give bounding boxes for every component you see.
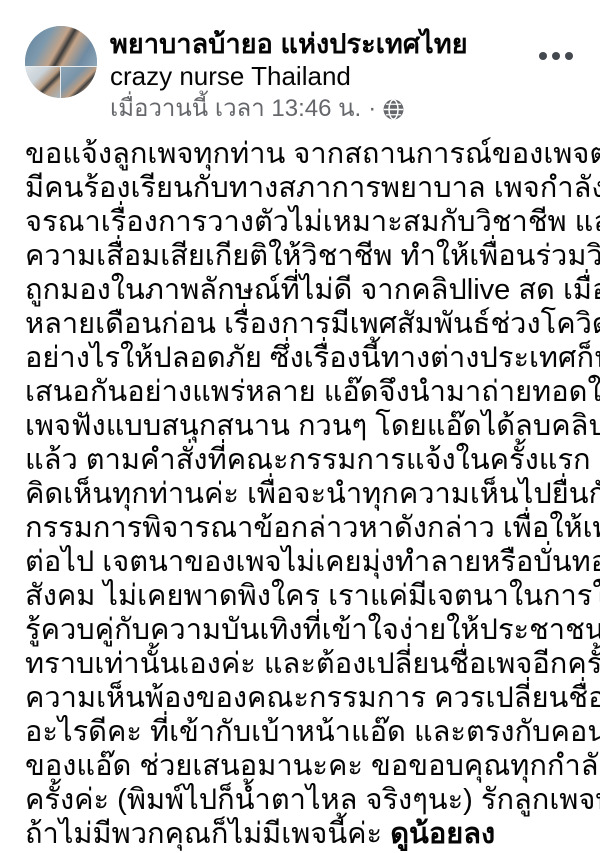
- meta-separator: ·: [368, 94, 376, 124]
- post-menu-button[interactable]: [537, 46, 575, 66]
- post-text-line: ถ้าไม่มีพวกคุณก็ไม่มีเพจนี้ค่ะ ดูน้อยลง: [25, 817, 580, 851]
- post-text-line: แล้ว ตามคำสั่งที่คณะกรรมการแจ้งในครั้งแร…: [25, 443, 580, 477]
- ellipsis-dot: [565, 52, 573, 60]
- post-header: พยาบาลบ้ายอ แห่งประเทศไทย crazy nurse Th…: [0, 0, 600, 124]
- post-text-line: จรณาเรื่องการวางตัวไม่เหมาะสมกับวิชาชีพ …: [25, 205, 580, 239]
- header-text-block: พยาบาลบ้ายอ แห่งประเทศไทย crazy nurse Th…: [110, 26, 468, 124]
- post-text-line: ความเสื่อมเสียเกียติให้วิชาชีพ ทำให้เพื่…: [25, 239, 580, 273]
- post-text-line: หลายเดือนก่อน เรื่องการมีเพศสัมพันธ์ช่วง…: [25, 307, 580, 341]
- post-text-line: ถูกมองในภาพลักษณ์ที่ไม่ดี จากคลิปlive สด…: [25, 273, 580, 307]
- globe-icon: [383, 99, 404, 120]
- post-text-line: ทราบเท่านั้นเองค่ะ และต้องเปลี่ยนชื่อเพจ…: [25, 647, 580, 681]
- post-text-line: คิดเห็นทุกท่านค่ะ เพื่อจะนำทุกความเห็นไป…: [25, 477, 580, 511]
- post-text-line: อะไรดีคะ ที่เข้ากับเบ้าหน้าแอ๊ด และตรงกั…: [25, 715, 580, 749]
- avatar-photo-bottom-right: [61, 66, 97, 98]
- page-subtitle[interactable]: crazy nurse Thailand: [110, 61, 468, 91]
- ellipsis-dot: [539, 52, 547, 60]
- post-text-line: รู้ควบคู่กับความบันเทิงที่เข้าใจง่ายให้ป…: [25, 613, 580, 647]
- post-text-line: เพจฟังแบบสนุกสนาน กวนๆ โดยแอ๊ดได้ลบคลิปน…: [25, 409, 580, 443]
- post-meta-row: เมื่อวานนี้ เวลา 13:46 น. ·: [110, 94, 468, 124]
- post-text-line: ต่อไป เจตนาของเพจไม่เคยมุ่งทำลายหรือบั่น…: [25, 545, 580, 579]
- post-text-line: ขอแจ้งลูกเพจทุกท่าน จากสถานการณ์ของเพจตอ…: [25, 137, 580, 171]
- post-text-line: มีคนร้องเรียนกับทางสภาการพยาบาล เพจกำลัง…: [25, 171, 580, 205]
- facebook-post: พยาบาลบ้ายอ แห่งประเทศไทย crazy nurse Th…: [0, 0, 600, 853]
- avatar-photo-bottom-left: [25, 66, 61, 98]
- page-avatar[interactable]: [25, 26, 97, 98]
- post-text-line: สังคม ไม่เคยพาดพิงใคร เราแค่มีเจตนาในการ…: [25, 579, 580, 613]
- ellipsis-dot: [552, 52, 560, 60]
- post-text: ขอแจ้งลูกเพจทุกท่าน จากสถานการณ์ของเพจตอ…: [0, 137, 600, 851]
- post-text-line: เสนอกันอย่างแพร่หลาย แอ๊ดจึงนำมาถ่ายทอดใ…: [25, 375, 580, 409]
- post-timestamp[interactable]: เมื่อวานนี้ เวลา 13:46 น.: [110, 94, 361, 124]
- post-text-line: ความเห็นพ้องของคณะกรรมการ ควรเปลี่ยนชื่อ…: [25, 681, 580, 715]
- page-name[interactable]: พยาบาลบ้ายอ แห่งประเทศไทย: [110, 28, 468, 60]
- avatar-photo-top: [25, 26, 97, 66]
- post-text-line: ของแอ๊ด ช่วยเสนอมานะคะ ขอขอบคุณทุกกำลังใ…: [25, 749, 580, 783]
- see-less-button[interactable]: ดูน้อยลง: [390, 818, 495, 850]
- post-text-line: กรรมการพิจารณาข้อกล่าวหาดังกล่าว เพื่อให…: [25, 511, 580, 545]
- post-text-line: ครั้งค่ะ (พิมพ์ไปก็น้ำตาไหล จริงๆนะ) รัก…: [25, 783, 580, 817]
- post-text-line: อย่างไรให้ปลอดภัย ซึ่งเรื่องนี้ทางต่างปร…: [25, 341, 580, 375]
